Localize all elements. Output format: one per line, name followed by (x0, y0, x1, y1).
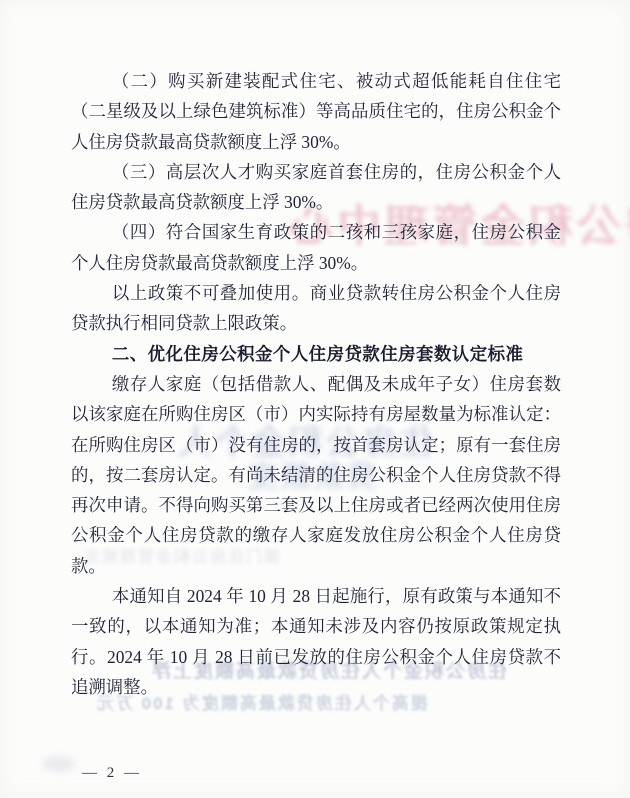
clause-4-paragraph: （四）符合国家生育政策的二孩和三孩家庭，住房公积金个人住房贷款最高贷款额度上浮 … (71, 217, 561, 278)
policy-note-paragraph: 以上政策不可叠加使用。商业贷款转住房公积金个人住房贷款执行相同贷款上限政策。 (71, 278, 561, 339)
clause-2-paragraph: （二）购买新建装配式住宅、被动式超低能耗自住住宅（二星级及以上绿色建筑标准）等高… (71, 66, 561, 157)
housing-count-paragraph: 缴存人家庭（包括借款人、配偶及未成年子女）住房套数以该家庭在所购住房区（市）内实… (71, 369, 561, 581)
clause-3-paragraph: （三）高层次人才购买家庭首套住房的，住房公积金个人住房贷款最高贷款额度上浮 30… (71, 157, 561, 218)
scanned-document-page: 住房公积金管理中心 住房公积金个人 贷款额度 部门住房公积金管理规定 住房公积金… (0, 0, 630, 798)
scan-smudge (42, 756, 76, 772)
effective-date-paragraph: 本通知自 2024 年 10 月 28 日起施行，原有政策与本通知不一致的，以本… (71, 581, 561, 702)
section-2-heading: 二、优化住房公积金个人住房贷款住房套数认定标准 (71, 339, 561, 369)
document-body: （二）购买新建装配式住宅、被动式超低能耗自住住宅（二星级及以上绿色建筑标准）等高… (71, 66, 561, 702)
page-number: — 2 — (82, 765, 142, 782)
